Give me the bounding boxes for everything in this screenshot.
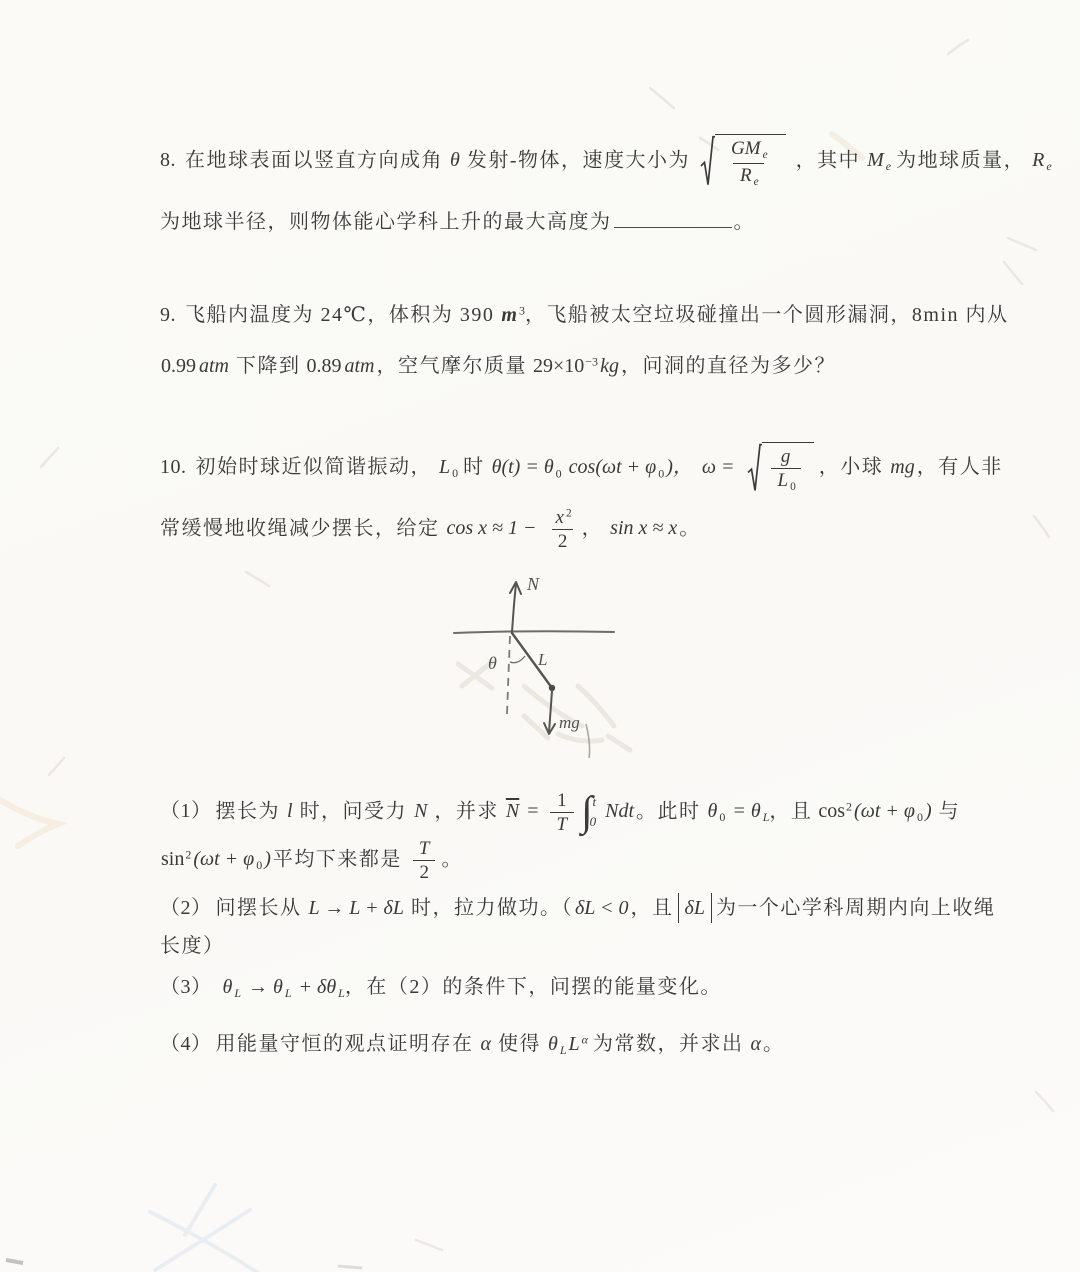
question-number: 9. [160, 304, 176, 326]
math-expr: (ωt + φ [193, 848, 254, 870]
q8-line-1: 8. 在地球表面以竖直方向成角 θ 发射-物体，速度大小为 GMeRe ，其中 … [160, 134, 1064, 190]
math-sin-squared: sin2(ωt + φ0) [160, 848, 273, 870]
label-mg: mg [559, 713, 580, 732]
math-expr: + δθ [299, 976, 337, 998]
text-run: 。 [734, 211, 756, 233]
math-expr: → θ [248, 976, 283, 998]
math-expr: δL < 0 [575, 897, 629, 919]
fraction: 1T [550, 790, 575, 836]
radical-sign-icon [700, 134, 715, 190]
part-3: （3） θL → θL + δθL，在（2）的条件下，问摆的能量变化。 [160, 974, 1064, 1001]
text-run: 为地球质量， [896, 149, 1025, 171]
gravity-arrow [549, 691, 552, 732]
math-expr: cos x ≈ 1 − [447, 517, 537, 539]
math-var: mg [890, 456, 914, 478]
q8-line-2: 为地球半径，则物体能心学科上升的最大高度为。 [160, 207, 1064, 236]
math-sub: e [1046, 160, 1051, 174]
question-10: 10. 初始时球近似简谐振动， L0 时 θ(t) = θ0 cos(ωt + … [160, 442, 1064, 553]
text-run: 摆长为 [216, 800, 281, 822]
math-sub: L [338, 986, 345, 1000]
math-sub: 0 [658, 466, 664, 480]
text-run: 为常数，并求出 [593, 1033, 744, 1055]
math-expr: cos(ωt + φ [569, 456, 657, 478]
absolute-value: δL [678, 893, 712, 923]
math-var: l [287, 800, 293, 822]
math-expr: sin x ≈ x [610, 517, 677, 539]
math-expr: L → L + δL [309, 897, 404, 919]
text-run: ，并求 [434, 800, 499, 822]
math-Re: Re [1030, 149, 1052, 171]
integral-lower-limit: 0 [590, 813, 597, 831]
math-num: 2 [558, 531, 568, 552]
text-run: 下降到 [236, 355, 301, 377]
fraction: GMeRe [724, 138, 773, 189]
text-run: 为一个心学科周期内向上收绳 [716, 897, 996, 919]
part-number: （2） [160, 897, 212, 919]
q9-line-1: 9. 飞船内温度为 24℃，体积为 390 m3，飞船被太空垃圾碰撞出一个圆形漏… [160, 302, 1064, 329]
text-run: 发射-物体，速度大小为 [467, 149, 690, 171]
math-var: T [557, 814, 568, 835]
math-sub: 0 [452, 466, 458, 480]
text-run: 常缓慢地收绳减少摆长，给定 [160, 517, 440, 539]
scanned-exam-page: 8. 在地球表面以竖直方向成角 θ 发射-物体，速度大小为 GMeRe ，其中 … [0, 0, 1080, 1272]
text-run: ，空气摩尔质量 [377, 355, 528, 377]
label-L: L [537, 650, 547, 669]
text-run: 飞船内温度为 24℃，体积为 390 [185, 304, 494, 326]
answer-blank [614, 207, 732, 228]
math-var: x [556, 507, 564, 528]
part-1: （1）摆长为 l 时，问受力 N ，并求 N = 1T∫t0 Ndt。此时 θ0… [160, 790, 1064, 883]
math-theta0-eq-thetaL: θ0 = θL [706, 800, 770, 822]
math-var: T [419, 838, 430, 859]
math-var: L [569, 1033, 580, 1055]
text-run: ，有人非 [917, 456, 1003, 478]
math-sub: L [285, 986, 292, 1000]
math-var: θ [708, 800, 718, 822]
text-run: 。 [679, 517, 701, 539]
normal-force-arrow [512, 584, 516, 632]
question-number: 8. [160, 149, 176, 171]
text-run: 与 [939, 800, 961, 822]
math-equals: = [527, 800, 538, 822]
q10-line-1: 10. 初始时球近似简谐振动， L0 时 θ(t) = θ0 cos(ωt + … [160, 442, 1064, 495]
math-expr: )， [666, 456, 693, 478]
text-run: 。 [442, 848, 464, 870]
integral-upper-limit: t [593, 793, 597, 811]
text-run: ， [582, 517, 604, 539]
part-number: （1） [160, 800, 212, 822]
math-alpha: α [750, 1033, 761, 1055]
question-number: 10. [160, 456, 187, 478]
math-fn: cos [818, 800, 845, 822]
q10-line-2: 常缓慢地收绳减少摆长，给定 cos x ≈ 1 − x22， sin x ≈ x… [160, 507, 1064, 553]
math-sup: α [582, 1033, 588, 1047]
text-run: 初始时球近似简谐振动， [196, 456, 433, 478]
math-expr: ) [925, 800, 932, 822]
label-N: N [526, 574, 540, 594]
text-run: ，在（2）的条件下，问摆的能量变化。 [345, 976, 722, 998]
pendulum-figure: N θ L mg [428, 566, 1064, 766]
math-sup: −3 [585, 354, 598, 368]
text-run: 时，拉力做功。（ [411, 897, 573, 919]
pendulum-sketch: N θ L mg [428, 566, 663, 758]
math-expr: δL [685, 897, 705, 919]
math-sup: 2 [566, 507, 572, 519]
text-run: 。此时 [636, 800, 701, 822]
math-num: 0.89 [307, 355, 342, 377]
math-var: R [1032, 149, 1044, 171]
text-run: 使得 [498, 1033, 541, 1055]
question-8: 8. 在地球表面以竖直方向成角 θ 发射-物体，速度大小为 GMeRe ，其中 … [160, 134, 1064, 236]
text-run: ，且 [769, 800, 812, 822]
math-thetaL-L-alpha: θLLα [546, 1033, 588, 1055]
question-9: 9. 飞船内温度为 24℃，体积为 390 m3，飞船被太空垃圾碰撞出一个圆形漏… [160, 302, 1064, 380]
math-Me: Me [865, 149, 891, 171]
math-sub: L [560, 1044, 567, 1058]
math-unit: atm [345, 355, 375, 377]
math-sub: e [763, 149, 768, 161]
math-var: θ [223, 976, 233, 998]
math-var: g [781, 446, 791, 467]
p1-line-1: （1）摆长为 l 时，问受力 N ，并求 N = 1T∫t0 Ndt。此时 θ0… [160, 790, 1064, 836]
fraction: x22 [549, 507, 577, 553]
math-var: L [778, 470, 789, 491]
math-var: R [740, 165, 752, 186]
math-var: m [501, 304, 517, 326]
text-run: 长度） [160, 935, 225, 957]
math-expr: Ndt [605, 800, 634, 822]
p2-line-2: 长度） [160, 933, 1064, 960]
math-sub: L [234, 986, 241, 1000]
math-var: N [414, 800, 427, 822]
label-theta: θ [488, 653, 497, 673]
math-expr: = θ [732, 800, 760, 822]
text-run: 平均下来都是 [273, 848, 402, 870]
math-var: M [867, 149, 884, 171]
p1-line-2: sin2(ωt + φ0)平均下来都是 T2。 [160, 838, 1064, 884]
math-sub: 0 [719, 811, 725, 825]
p2-line-1: （2）问摆长从 L → L + δL 时，拉力做功。（δL < 0，且δL为一个… [160, 893, 1064, 923]
text-run: ，其中 [796, 149, 861, 171]
math-num: 2 [419, 862, 429, 883]
math-sub: 0 [917, 811, 923, 825]
math-num: 0.99 [161, 355, 196, 377]
math-var: GM [731, 138, 761, 159]
math-m3: m3 [499, 304, 525, 326]
text-run: 时 [463, 456, 485, 478]
text-run: ，小球 [819, 456, 884, 478]
math-thetaL-transition: θL → θL + δθL [221, 976, 345, 998]
text-run: ，飞船被太空垃圾碰撞出一个圆形漏洞，8min 内从 [525, 304, 1009, 326]
vertical-dashed-line [507, 636, 510, 714]
math-expr: (ωt + φ [854, 800, 915, 822]
math-fn: sin [161, 848, 184, 870]
text-run: 。 [763, 1033, 785, 1055]
exam-content: 8. 在地球表面以竖直方向成角 θ 发射-物体，速度大小为 GMeRe ，其中 … [0, 0, 1080, 1059]
text-run: 时，问受力 [300, 800, 408, 822]
text-run: 为地球半径，则物体能心学科上升的最大高度为 [160, 211, 612, 233]
math-sub: 0 [790, 481, 796, 493]
text-run: 用能量守恒的观点证明存在 [216, 1033, 474, 1055]
part-4: （4）用能量守恒的观点证明存在 α 使得 θLLα 为常数，并求出 α。 [160, 1031, 1064, 1058]
math-sup: 2 [846, 800, 852, 814]
math-sub: e [754, 176, 759, 188]
math-unit: atm [199, 355, 229, 377]
angle-arc [510, 656, 525, 663]
math-var: θ [548, 1033, 558, 1055]
math-N-bar: N [506, 800, 519, 822]
math-unit: kg [600, 355, 619, 377]
fraction: gL0 [771, 446, 801, 494]
ceiling-line [454, 631, 614, 633]
integral: ∫t0 [581, 792, 596, 834]
text-run: 问摆长从 [216, 897, 302, 919]
math-var: L [439, 456, 450, 478]
math-theta: θ [450, 149, 460, 171]
math-sub: 0 [556, 466, 562, 480]
sqrt-g-over-L0: gL0 [747, 442, 814, 495]
radical-sign-icon [747, 442, 762, 495]
sqrt-GMe-over-Re: GMeRe [700, 134, 786, 190]
q9-line-2: 0.99atm 下降到 0.89atm，空气摩尔质量 29×10−3kg，问洞的… [160, 353, 1064, 380]
math-sub: 0 [256, 858, 262, 872]
fraction: T2 [412, 838, 437, 884]
math-expr: θ(t) = θ [492, 456, 554, 478]
part-2: （2）问摆长从 L → L + δL 时，拉力做功。（δL < 0，且δL为一个… [160, 893, 1064, 960]
math-sup: 2 [185, 847, 191, 861]
text-run: ，且 [631, 897, 674, 919]
part-number: （4） [160, 1033, 212, 1055]
part-number: （3） [160, 976, 212, 998]
math-L0: L0 [437, 456, 458, 478]
math-sub: e [886, 160, 891, 174]
math-expr: ) [264, 848, 271, 870]
text-run: 在地球表面以竖直方向成角 [185, 149, 443, 171]
math-expr: ω = [702, 456, 735, 478]
math-num: 1 [557, 790, 567, 811]
math-cos-squared: cos2(ωt + φ0) [817, 800, 933, 822]
math-num: 29×10 [533, 355, 584, 377]
text-run: ，问洞的直径为多少？ [621, 355, 836, 377]
math-alpha: α [481, 1033, 492, 1055]
